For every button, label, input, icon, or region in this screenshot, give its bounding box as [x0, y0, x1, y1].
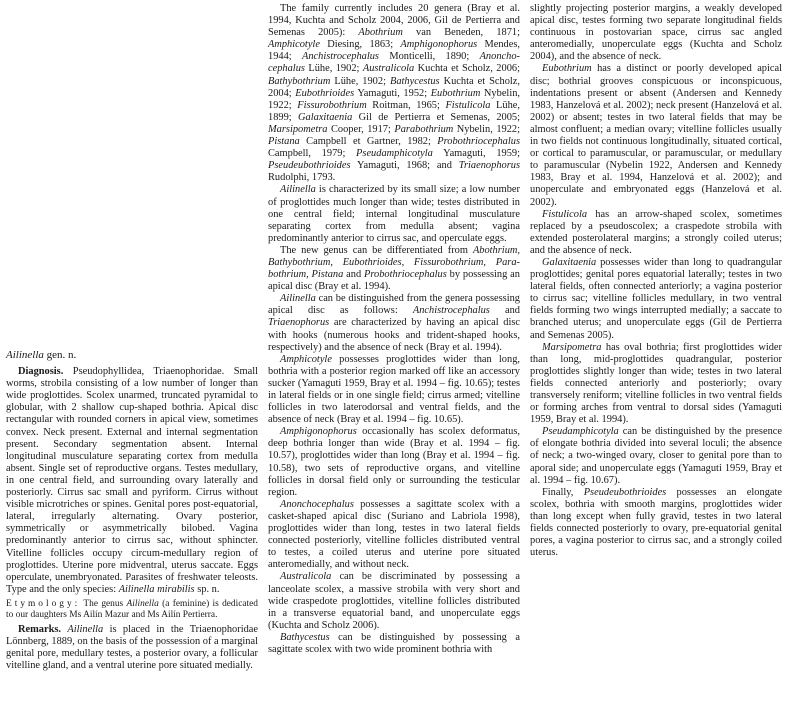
- text-run: Monticelli, 1890;: [379, 51, 480, 62]
- genus-name: Ailinella: [6, 349, 44, 361]
- genus-name: Parabothrium: [394, 124, 453, 135]
- paragraph: slightly projecting posterior margins, a…: [530, 3, 782, 63]
- paragraph: Ailinella can be distinguished from the …: [268, 293, 520, 353]
- genus-name: Eubothrioides: [295, 88, 354, 99]
- genus-name: Fistulicola: [445, 100, 490, 111]
- genus-name: Galaxitaenia: [542, 257, 596, 268]
- paragraph: Pseudamphicotyla can be distinguished by…: [530, 426, 782, 486]
- text-run: Cooper, 1917;: [327, 124, 394, 135]
- genus-name: Amphigonophorus: [280, 426, 357, 437]
- paragraph: Ailinella is characterized by its small …: [268, 184, 520, 244]
- text-run: Gil de Per­tierra et Semenas, 2005;: [352, 112, 520, 123]
- diagnosis-label: Diagnosis.: [18, 366, 63, 377]
- paragraph: Australicola can be discriminated by pos…: [268, 571, 520, 631]
- text-run: Yamaguti, 1959;: [433, 148, 520, 159]
- genus-name: Probothriocephalus: [364, 269, 447, 280]
- paragraph: The new genus can be differentiated from…: [268, 245, 520, 293]
- genus-name: Pistana: [268, 136, 300, 147]
- text-run: Lühe, 1902;: [330, 76, 390, 87]
- text-run: Diesing, 1863;: [320, 39, 400, 50]
- genus-name: Ailinella: [280, 184, 316, 195]
- paragraph: Marsipometra has oval bothria; first pro…: [530, 342, 782, 427]
- text-run: The new genus can be differentiated from: [280, 245, 473, 256]
- column-left: Ailinella gen. n. Diagnosis. Pseudophyll…: [6, 349, 258, 672]
- text-run: has a distinct or poorly developed apica…: [530, 63, 782, 207]
- genus-name: Bathycestus: [390, 76, 440, 87]
- genus-name: Pseudamphicotyla: [356, 148, 433, 159]
- paragraph: Eubothrium has a distinct or poorly deve…: [530, 63, 782, 208]
- column-middle: The family currently includes 20 genera …: [268, 3, 520, 656]
- text-run: Campbell, 1979;: [268, 148, 356, 159]
- genus-name: Probothriocephalus: [437, 136, 520, 147]
- paragraph: Galaxitaenia possesses wider than long t…: [530, 257, 782, 342]
- diagnosis-text: Pseudophyllidea, Triaenophoridae. Small …: [6, 366, 258, 595]
- text-run: Nybelin, 1922;: [453, 124, 520, 135]
- paragraph: Amphicotyle possesses proglottides wider…: [268, 354, 520, 427]
- genus-name: Anchistrocephalus: [302, 51, 379, 62]
- remarks-label: Remarks.: [18, 624, 61, 635]
- genus-name: Ailinella: [280, 293, 316, 304]
- genus-name: Australicola: [363, 63, 414, 74]
- genus-heading: Ailinella gen. n.: [6, 349, 258, 361]
- genus-name: Amphicotyle: [268, 39, 320, 50]
- text-run: Rudolphi, 1793.: [268, 172, 335, 183]
- genus-name: Abothrium: [358, 27, 402, 38]
- remarks-paragraph: Remarks. Ailinella is placed in the Tria…: [6, 624, 258, 672]
- text-run: Roitman, 1965;: [367, 100, 446, 111]
- text-run: Campbell et Gartner, 1982;: [300, 136, 438, 147]
- genus-name: Australicola: [280, 571, 331, 582]
- genus-name: Fistulicola: [542, 209, 587, 220]
- genus-name: Bathycestus: [280, 632, 330, 643]
- genus-name: Anonchocephalus: [280, 499, 354, 510]
- paragraph: Finally, Pseudeubothrioides possesses an…: [530, 487, 782, 560]
- diagnosis-paragraph: Diagnosis. Pseudophyllidea, Triaenophori…: [6, 366, 258, 596]
- paragraph: Fistulicola has an arrow-shaped scolex, …: [530, 209, 782, 257]
- genus-name: Bathybothrium: [268, 76, 330, 87]
- text-run: Yamaguti, 1968; and: [351, 160, 459, 171]
- genus-name: Pseudeubothrioides: [584, 487, 667, 498]
- genus-name: Pseudamphicotyla: [542, 426, 619, 437]
- genus-name: Marsipometra: [268, 124, 327, 135]
- genus-name: Triaenophorus: [268, 317, 329, 328]
- paragraph: Amphigonophorus occasionally has scolex …: [268, 426, 520, 499]
- column-right: slightly projecting posterior margins, a…: [530, 3, 782, 559]
- genus-name: Amphigonophorus: [400, 39, 477, 50]
- text-run: Lühe, 1902;: [305, 63, 363, 74]
- etymology-genus: Ailinella: [127, 599, 159, 609]
- paragraph: Bathycestus can be distinguished by poss…: [268, 632, 520, 656]
- type-species: Ailinella mirabilis: [119, 584, 195, 595]
- text-run: and: [343, 269, 364, 280]
- genus-name: Galaxitaenia: [298, 112, 352, 123]
- text-run: van Beneden, 1871;: [403, 27, 520, 38]
- remarks-genus: Ailinella: [67, 624, 103, 635]
- genus-name: Pseudeubothrioides: [268, 160, 351, 171]
- genus-name: Anchistrocephalus: [413, 305, 490, 316]
- genus-name: Marsipometra: [542, 342, 601, 353]
- text-run: Finally,: [542, 487, 584, 498]
- etymology-label: Etymology:: [6, 599, 80, 609]
- genus-name: Amphicotyle: [280, 354, 332, 365]
- type-species-suffix: sp. n.: [195, 584, 220, 595]
- paragraph: Anonchocephalus possesses a sagittate sc…: [268, 499, 520, 572]
- genus-name: Fissurobothrium: [297, 100, 366, 111]
- text-run: and: [490, 305, 520, 316]
- etymology-paragraph: Etymology: The genus Ailinella (a femini…: [0, 599, 258, 622]
- genus-heading-suffix: gen. n.: [44, 349, 76, 361]
- genus-name: Eubothrium: [431, 88, 481, 99]
- etymology-text-pre: The genus: [80, 599, 126, 609]
- text-run: Kuchta et Scholz, 2006;: [414, 63, 520, 74]
- text-run: has oval bothria; first proglottides wid…: [530, 342, 782, 426]
- text-run: slightly projecting posterior margins, a…: [530, 3, 782, 62]
- genus-name: Eubothrium: [542, 63, 592, 74]
- text-run: Yamaguti, 1952;: [354, 88, 431, 99]
- genus-name: Triaenophorus: [459, 160, 520, 171]
- paragraph: The family currently includes 20 genera …: [268, 3, 520, 184]
- text-run: possesses wider than long to quadran­gul…: [530, 257, 782, 341]
